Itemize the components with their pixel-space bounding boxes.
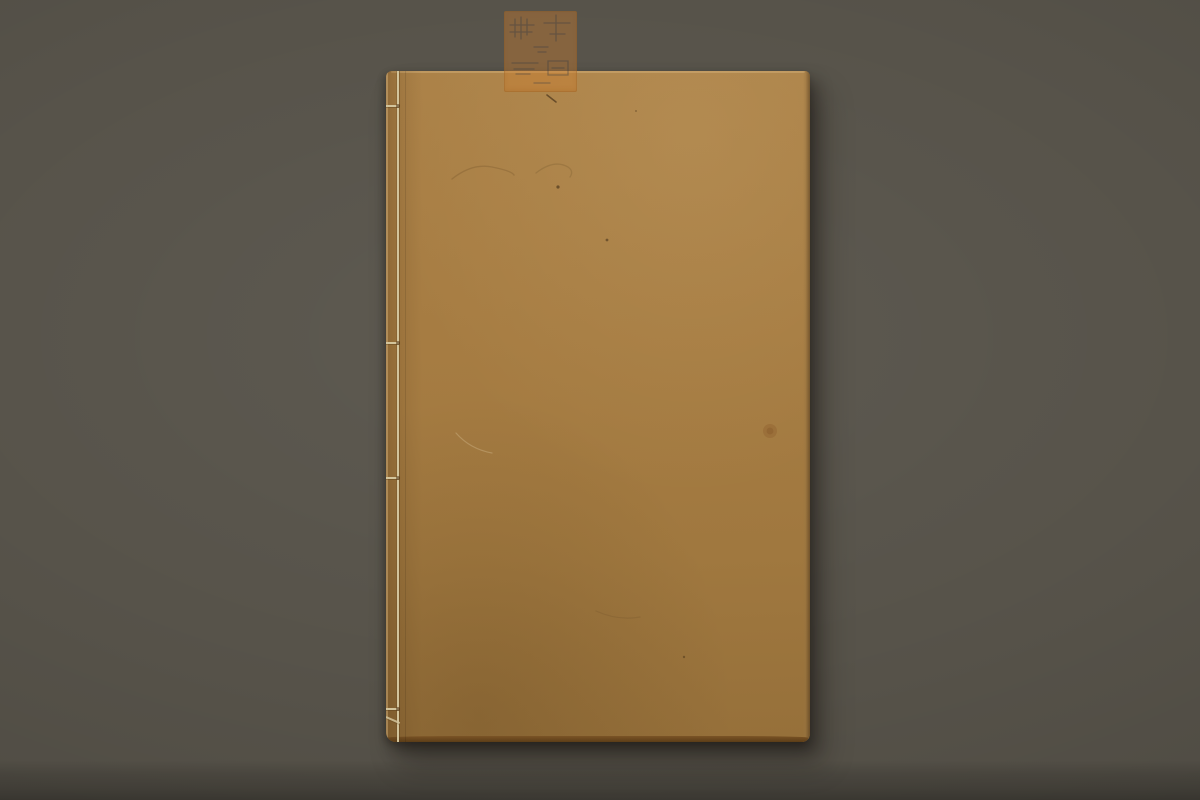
tag-handwritten-marks [504,11,577,92]
surface-seam-shadow [0,760,1200,800]
book-cover-surface [386,71,810,742]
cover-blemishes [386,71,810,742]
inventory-tag [504,11,577,92]
book-cover [386,71,810,742]
photo-of-stitched-book [0,0,1200,800]
